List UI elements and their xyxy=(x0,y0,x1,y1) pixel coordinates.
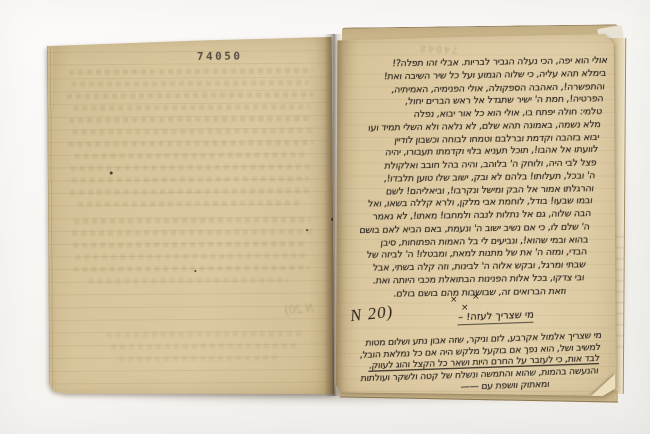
bleed-through-row xyxy=(70,188,313,194)
bleed-through-row xyxy=(73,241,307,247)
bleed-through-row xyxy=(72,229,312,235)
bleed-through-row xyxy=(67,92,313,98)
ink-speck xyxy=(194,270,196,272)
bleed-through-row xyxy=(88,277,288,283)
bleed-through-row xyxy=(69,68,313,74)
bleed-through-row xyxy=(111,343,299,349)
bleed-through-row xyxy=(78,200,300,206)
bleed-through-row xyxy=(73,104,309,110)
ink-speck xyxy=(110,172,113,175)
bleed-through-row xyxy=(75,152,306,158)
page-number-stamp: 74050 xyxy=(197,50,243,63)
bleed-through-row xyxy=(69,116,311,122)
left-page: 74050 N 20) xyxy=(47,37,334,396)
closing-paragraph: מי שצריך אלמול אקרבע, לזם וניקר, שזה אבו… xyxy=(349,330,602,397)
right-page: 74048 אולי הוא יפה, הכי נעלה הגביר לבריו… xyxy=(336,34,616,396)
bleed-through-row xyxy=(107,331,305,337)
bleed-through-row xyxy=(72,176,309,182)
bleed-through-row xyxy=(119,355,279,361)
ink-speck xyxy=(331,218,334,221)
x-mark: × xyxy=(450,295,458,305)
x-mark: × xyxy=(472,292,480,302)
bleed-through-row xyxy=(71,80,309,86)
mirrored-offset-stamp: 74048 xyxy=(418,42,458,54)
bleed-through-row xyxy=(75,253,305,259)
bleed-through-row xyxy=(72,128,312,134)
bleed-through-margin-note: N 20) xyxy=(284,300,314,318)
bleed-through-row xyxy=(71,164,312,170)
ink-speck xyxy=(306,229,308,231)
section-heading-text: מי שצריך לעזה! – xyxy=(458,310,535,326)
photograph-open-notebook: 74050 N 20) xyxy=(0,0,650,434)
handwritten-hebrew-text-block: אולי הוא יפה, הכי נעלה הגביר לבריות. אבל… xyxy=(350,55,608,301)
bleed-through-row xyxy=(68,140,313,146)
bleed-through-row xyxy=(74,217,310,223)
margin-entry-number: N 20) xyxy=(349,302,394,326)
bleed-through-row xyxy=(73,265,309,271)
